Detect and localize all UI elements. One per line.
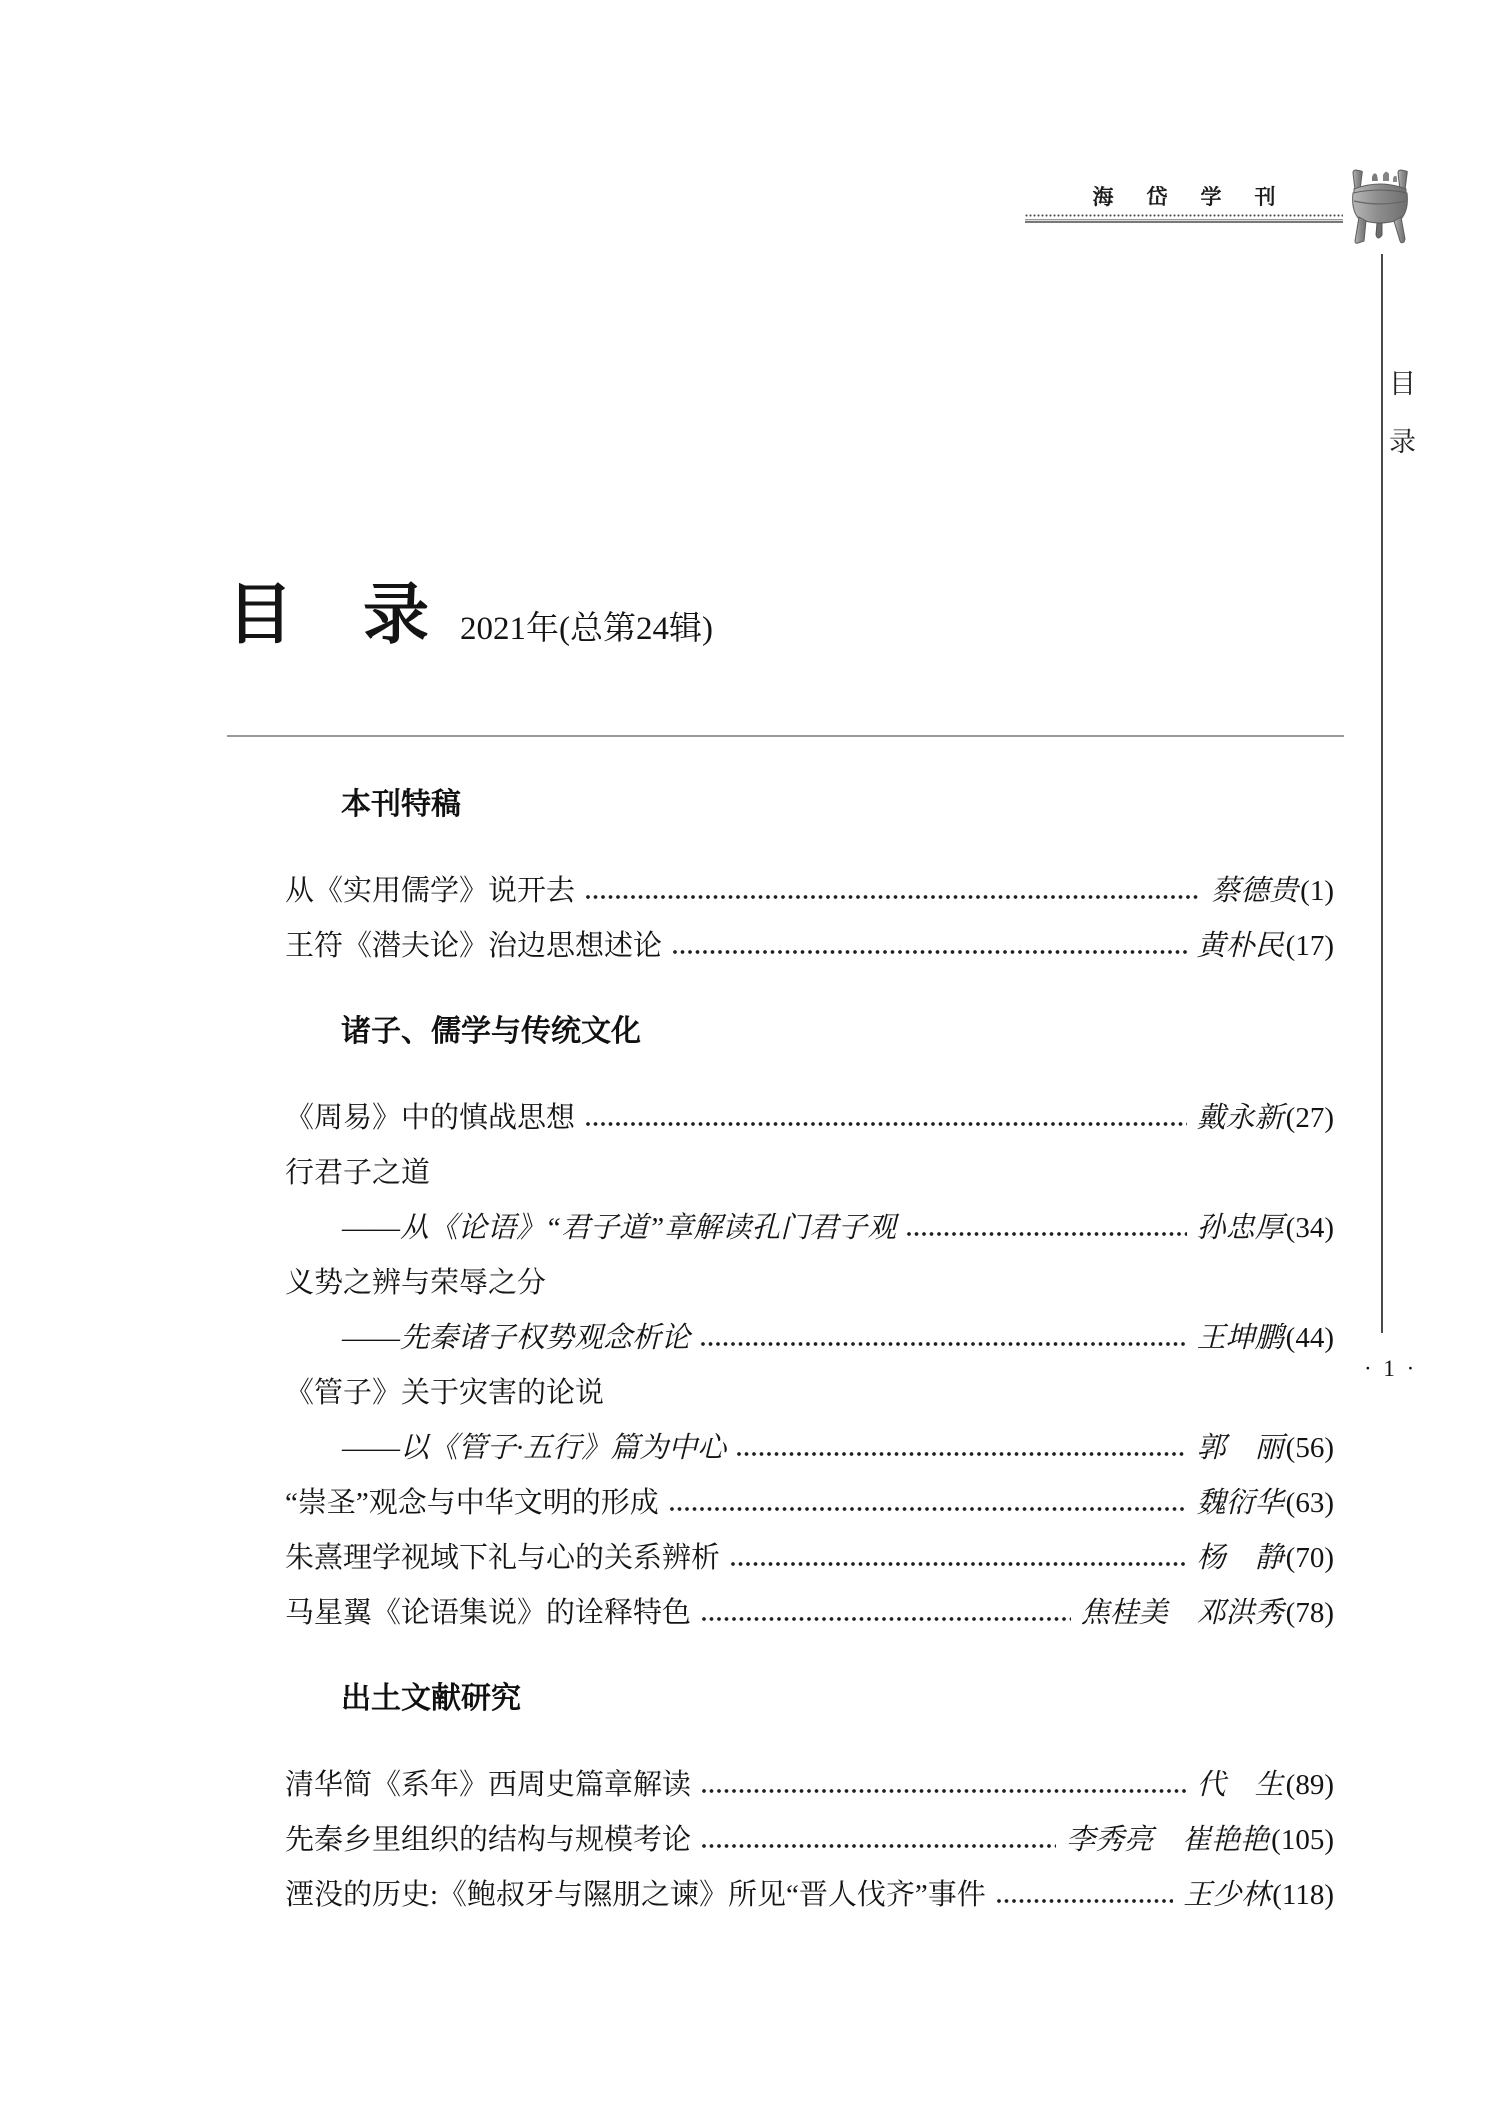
entry-page-number: (70) [1286,1531,1334,1586]
entry-authors: 孙忠厚 [1197,1201,1284,1256]
page-number: · 1 · [1364,1356,1417,1382]
toc-entry-row: 清华简《系年》西周史篇章解读代 生(89) [227,1758,1344,1813]
toc-entry-row: 行君子之道 [227,1146,1344,1201]
toc-section: 出土文献研究 清华简《系年》西周史篇章解读代 生(89)先秦乡里组织的结构与规模… [227,1671,1344,1923]
toc-entry-row: 《周易》中的慎战思想戴永新(27) [227,1091,1344,1146]
section-entries: 从《实用儒学》说开去蔡德贵(1)王符《潜夫论》治边思想述论黄朴民(17) [227,864,1344,974]
section-heading: 出土文献研究 [227,1671,1344,1726]
entry-authors: 戴永新 [1197,1091,1284,1146]
contents-title: 目 录 2021年(总第24辑) [227,583,1344,649]
entry-title: 马星翼《论语集说》的诠释特色 [285,1586,691,1641]
entry-page-number: (34) [1286,1201,1334,1256]
entry-page-number: (56) [1286,1421,1334,1476]
side-label-char-1: 目 [1389,371,1416,398]
journal-header: 海岱学刊 [1025,181,1343,223]
toc-entry-subtitle-row: ——以《管子·五行》篇为中心郭 丽(56) [227,1421,1344,1476]
header-solid-rule [1025,219,1343,223]
entry-authors: 李秀亮 崔艳艳 [1066,1813,1269,1868]
journal-toc-page: 海岱学刊 目 录 · 1 · [0,0,1511,2102]
entry-authors: 焦桂美 邓洪秀 [1081,1586,1284,1641]
toc-entry-row: “崇圣”观念与中华文明的形成魏衍华(63) [227,1476,1344,1531]
entry-authors: 蔡德贵 [1211,864,1298,919]
entry-page-number: (27) [1286,1091,1334,1146]
entry-title: 湮没的历史:《鲍叔牙与隰朋之谏》所见“晋人伐齐”事件 [285,1868,986,1923]
main-column: 目 录 2021年(总第24辑) 本刊特稿 从《实用儒学》说开去蔡德贵(1)王符… [227,583,1344,1923]
toc-entry-row: 王符《潜夫论》治边思想述论黄朴民(17) [227,919,1344,974]
entry-page-number: (105) [1271,1813,1334,1868]
entry-authors: 郭 丽 [1197,1421,1284,1476]
entry-subtitle: 从《论语》“君子道”章解读孔门君子观 [400,1201,896,1256]
entry-title: 清华简《系年》西周史篇章解读 [285,1758,691,1813]
entry-subtitle: 以《管子·五行》篇为中心 [400,1421,726,1476]
issue-label: 2021年(总第24辑) [460,613,713,649]
entry-authors: 王少林 [1183,1868,1270,1923]
entry-title: 王符《潜夫论》治边思想述论 [285,919,662,974]
toc-section: 本刊特稿 从《实用儒学》说开去蔡德贵(1)王符《潜夫论》治边思想述论黄朴民(17… [227,777,1344,974]
entry-page-number: (118) [1272,1868,1334,1923]
toc-entry-subtitle-row: ——从《论语》“君子道”章解读孔门君子观孙忠厚(34) [227,1201,1344,1256]
subtitle-dash: —— [342,1421,400,1476]
entry-title: 从《实用儒学》说开去 [285,864,575,919]
dot-leader [700,1341,1187,1347]
toc-entry-row: 义势之辨与荣辱之分 [227,1256,1344,1311]
section-heading: 诸子、儒学与传统文化 [227,1004,1344,1059]
dot-leader [585,1121,1187,1127]
subtitle-dash: —— [342,1311,400,1366]
entry-authors: 魏衍华 [1197,1476,1284,1531]
subtitle-dash: —— [342,1201,400,1256]
dot-leader [672,949,1187,955]
bronze-ding-icon [1345,165,1415,247]
entry-page-number: (78) [1286,1586,1334,1641]
entry-title: 先秦乡里组织的结构与规模考论 [285,1813,691,1868]
right-vertical-rule [1381,254,1383,1333]
dot-leader [701,1616,1071,1622]
entry-title: 《周易》中的慎战思想 [285,1091,575,1146]
entry-authors: 杨 静 [1197,1531,1284,1586]
toc-section: 诸子、儒学与传统文化 《周易》中的慎战思想戴永新(27)行君子之道——从《论语》… [227,1004,1344,1641]
toc-entry-row: 从《实用儒学》说开去蔡德贵(1) [227,864,1344,919]
section-entries: 《周易》中的慎战思想戴永新(27)行君子之道——从《论语》“君子道”章解读孔门君… [227,1091,1344,1641]
dot-leader [996,1898,1173,1904]
entry-title: 《管子》关于灾害的论说 [285,1366,604,1421]
journal-title: 海岱学刊 [1025,181,1343,211]
toc-entry-row: 《管子》关于灾害的论说 [227,1366,1344,1421]
dot-leader [730,1561,1187,1567]
dot-leader [906,1231,1186,1237]
dot-leader [669,1506,1187,1512]
entry-page-number: (17) [1286,919,1334,974]
dot-leader [701,1788,1187,1794]
dot-leader [585,894,1201,900]
toc-entry-row: 湮没的历史:《鲍叔牙与隰朋之谏》所见“晋人伐齐”事件王少林(118) [227,1868,1344,1923]
entry-title: 朱熹理学视域下礼与心的关系辨析 [285,1531,720,1586]
entry-title: 义势之辨与荣辱之分 [285,1256,546,1311]
section-entries: 清华简《系年》西周史篇章解读代 生(89)先秦乡里组织的结构与规模考论李秀亮 崔… [227,1758,1344,1923]
toc-entry-subtitle-row: ——先秦诸子权势观念析论王坤鹏(44) [227,1311,1344,1366]
toc-entry-row: 马星翼《论语集说》的诠释特色焦桂美 邓洪秀(78) [227,1586,1344,1641]
entry-page-number: (44) [1286,1311,1334,1366]
entry-subtitle: 先秦诸子权势观念析论 [400,1311,690,1366]
toc-entry-row: 先秦乡里组织的结构与规模考论李秀亮 崔艳艳(105) [227,1813,1344,1868]
entry-authors: 王坤鹏 [1197,1311,1284,1366]
entry-title: “崇圣”观念与中华文明的形成 [285,1476,659,1531]
header-dotted-rule [1025,214,1343,217]
entry-page-number: (89) [1286,1758,1334,1813]
dot-leader [736,1451,1186,1457]
entry-title: 行君子之道 [285,1146,430,1201]
table-of-contents: 本刊特稿 从《实用儒学》说开去蔡德贵(1)王符《潜夫论》治边思想述论黄朴民(17… [227,737,1344,1923]
contents-title-char-1: 目 [227,583,293,649]
entry-authors: 黄朴民 [1197,919,1284,974]
entry-authors: 代 生 [1197,1758,1284,1813]
toc-entry-row: 朱熹理学视域下礼与心的关系辨析杨 静(70) [227,1531,1344,1586]
contents-title-char-2: 录 [363,583,429,649]
section-heading: 本刊特稿 [227,777,1344,832]
entry-page-number: (63) [1286,1476,1334,1531]
side-vertical-label: 目 录 [1389,371,1416,456]
side-label-char-2: 录 [1389,429,1416,456]
entry-page-number: (1) [1300,864,1334,919]
dot-leader [701,1843,1056,1849]
